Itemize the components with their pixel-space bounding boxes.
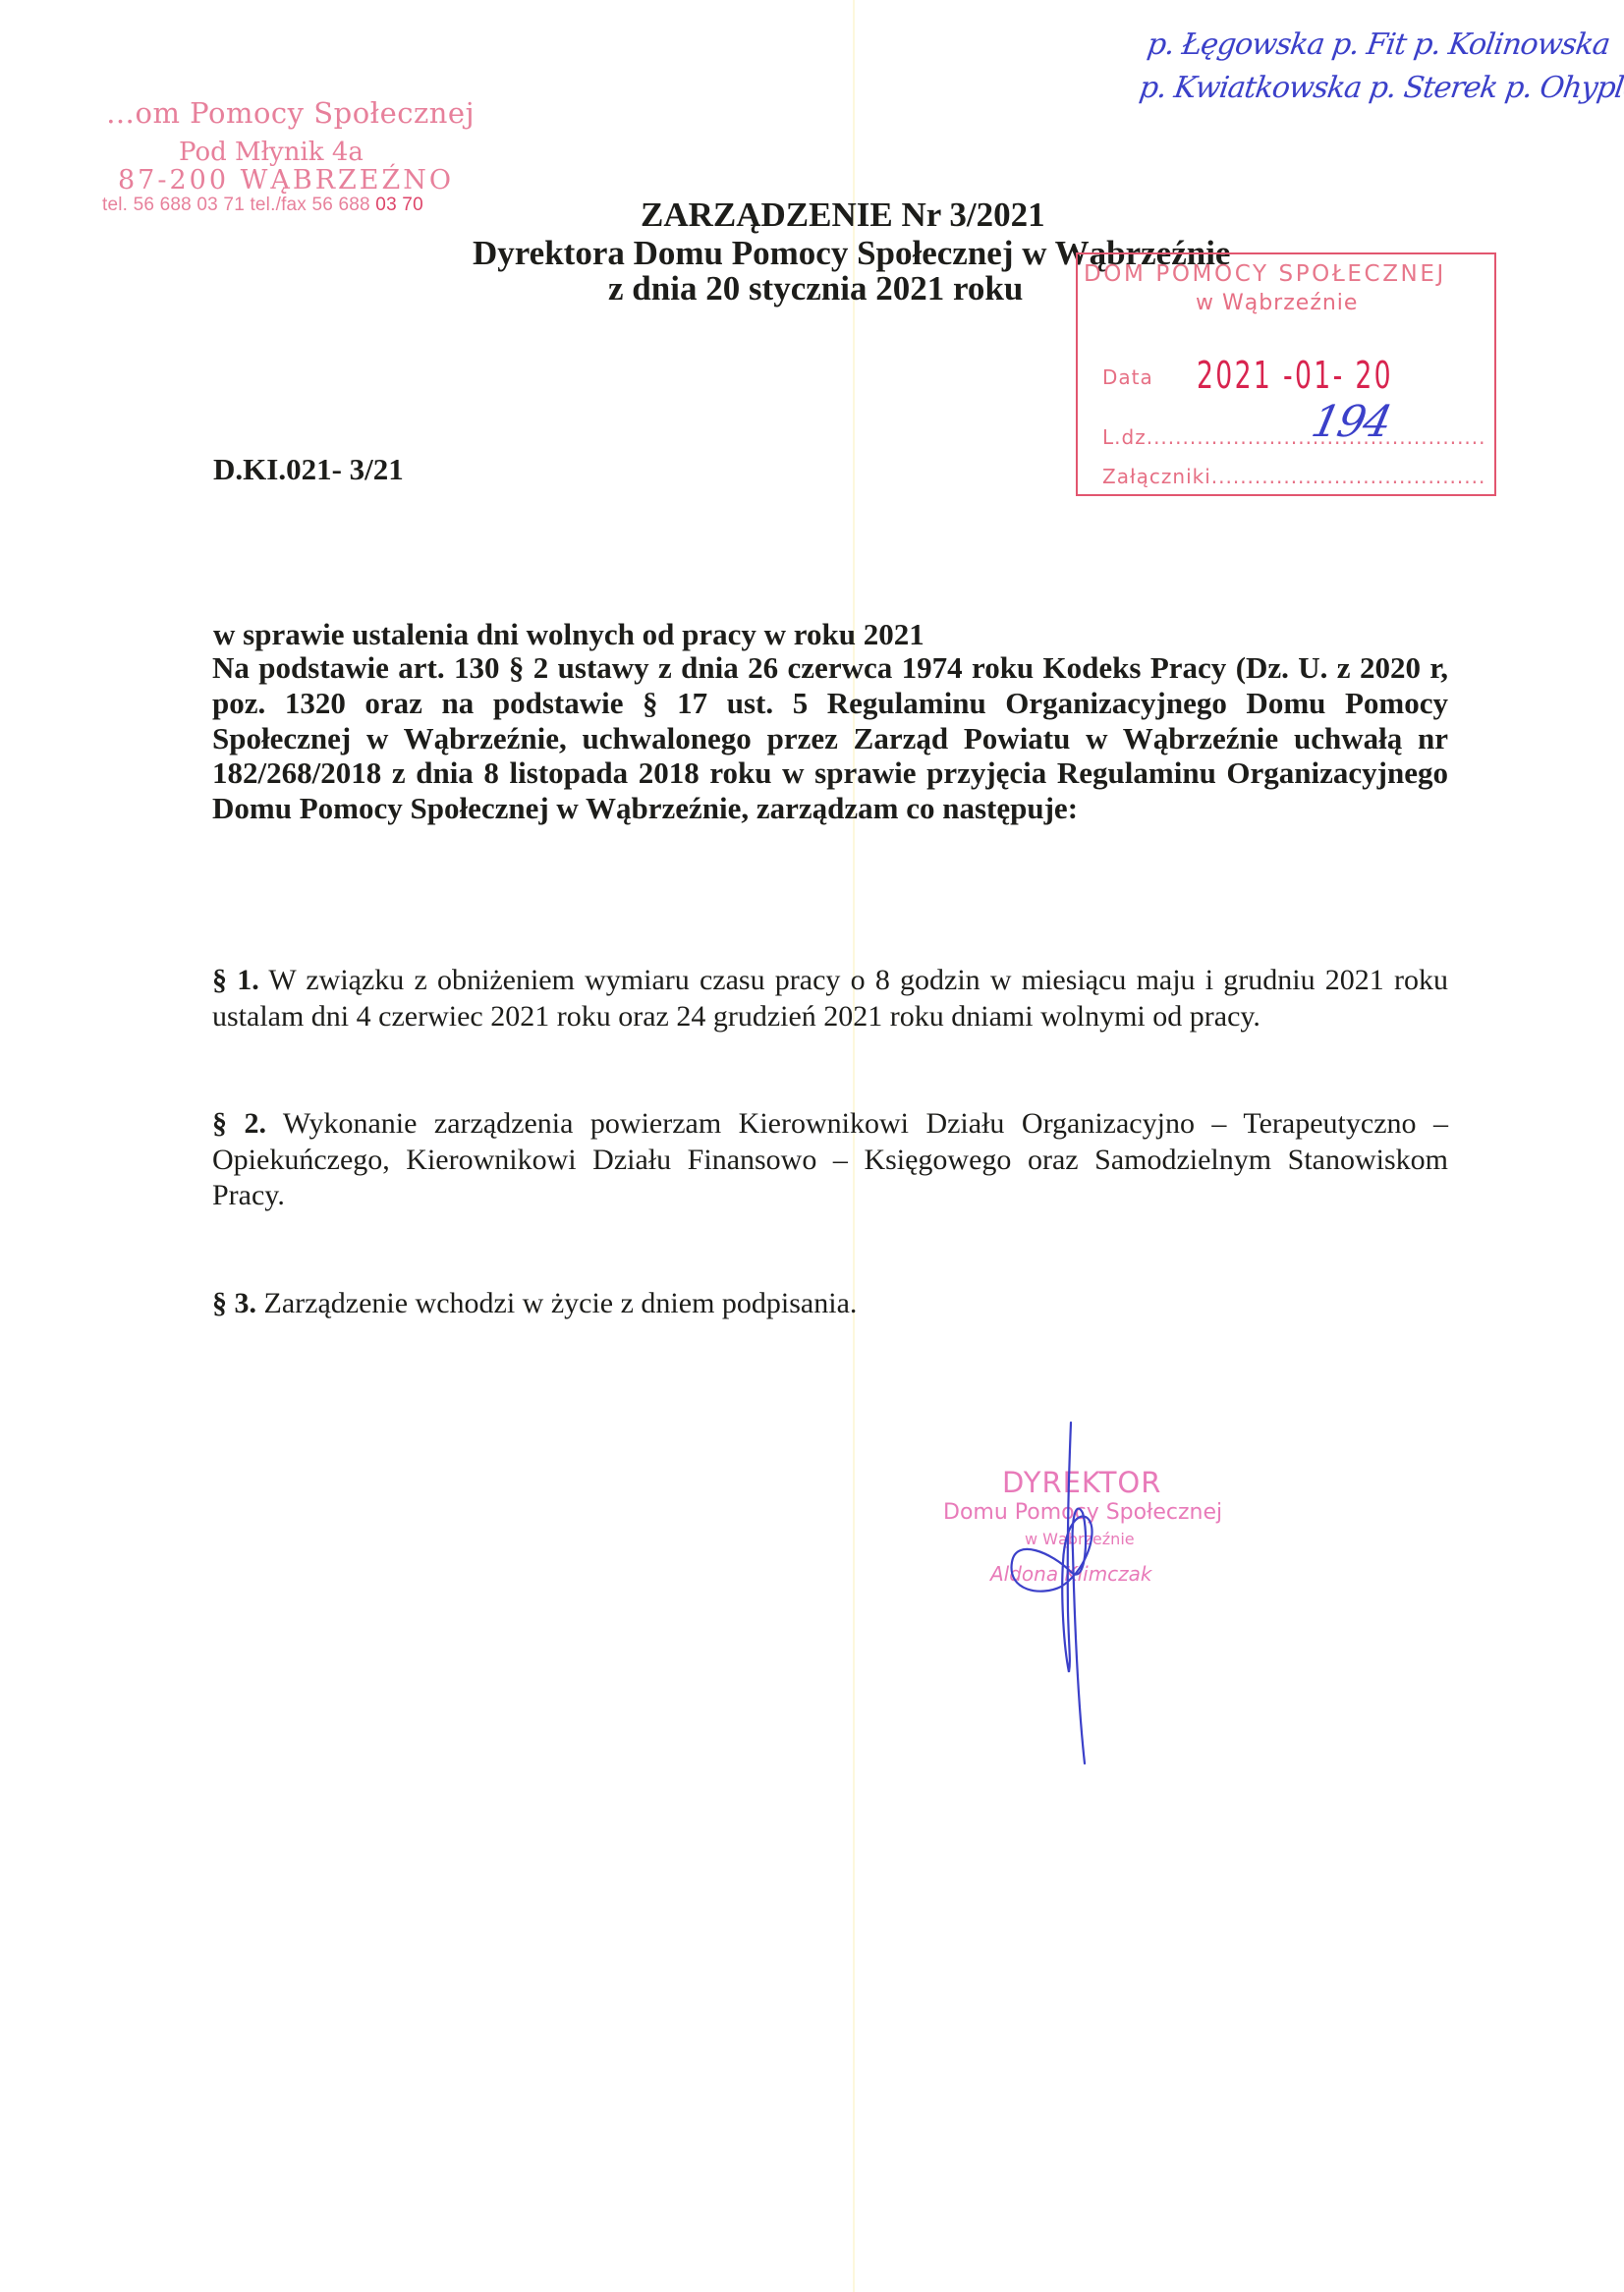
registration-stamp-institution: DOM POMOCY SPOŁECZNEJ: [1084, 261, 1446, 287]
address-stamp-phone: tel. 56 688 03 71 tel./fax 56 688 03 70: [102, 195, 423, 216]
address-stamp-street: Pod Młynik 4a: [179, 138, 364, 167]
registration-stamp-location: w Wąbrzeźnie: [1196, 291, 1358, 315]
legal-basis-paragraph: Na podstawie art. 130 § 2 ustawy z dnia …: [212, 650, 1448, 826]
section-2-number: § 2.: [212, 1107, 266, 1140]
scanned-document-page: …om Pomocy Społecznej Pod Młynik 4a 87-2…: [0, 0, 1624, 2292]
title-date: z dnia 20 stycznia 2021 roku: [608, 269, 1023, 308]
section-1-text: W związku z obniżeniem wymiaru czasu pra…: [212, 964, 1448, 1033]
handwritten-line-1: p. Łęgowska p. Fit p. Kolinowska: [1146, 28, 1612, 62]
section-2: § 2. Wykonanie zarządzenia powierzam Kie…: [212, 1106, 1448, 1214]
handwritten-line-2: p. Kwiatkowska p. Sterek p. Ohyple: [1138, 71, 1624, 105]
registration-stamp-attachments: Załączniki..............................…: [1102, 465, 1485, 488]
document-subject: w sprawie ustalenia dni wolnych od pracy…: [213, 617, 924, 652]
address-stamp-city: 87-200 WĄBRZEŹNO: [118, 165, 454, 196]
registration-number-handwritten: 194: [1308, 397, 1395, 447]
handwritten-signature-icon: [1002, 1415, 1159, 1768]
registration-stamp-ldz: L.dz....................................…: [1102, 425, 1485, 449]
registration-stamp-ldz-label: L.dz.: [1102, 425, 1153, 449]
reference-number: D.KI.021- 3/21: [213, 452, 404, 487]
registration-stamp-attachments-dots: ........................................…: [1211, 465, 1485, 488]
address-stamp-phone-faint: tel. 56 688 03 71 tel./fax 56 688: [102, 195, 375, 215]
registration-stamp-date-value: 2021 -01- 20: [1197, 354, 1393, 397]
section-2-text: Wykonanie zarządzenia powierzam Kierowni…: [212, 1107, 1448, 1211]
section-3-text: Zarządzenie wchodzi w życie z dniem podp…: [256, 1287, 857, 1319]
section-3-number: § 3.: [212, 1287, 256, 1319]
section-3: § 3. Zarządzenie wchodzi w życie z dniem…: [212, 1286, 1448, 1322]
address-stamp-institution: …om Pomocy Społecznej: [106, 96, 475, 130]
title-ordinance-number: ZARZĄDZENIE Nr 3/2021: [641, 196, 1045, 235]
registration-stamp-attachments-label: Załączniki: [1102, 465, 1211, 488]
section-1-number: § 1.: [212, 964, 259, 996]
address-stamp-phone-strong: 03 70: [375, 195, 423, 215]
section-1: § 1. W związku z obniżeniem wymiaru czas…: [212, 963, 1448, 1034]
registration-stamp-date-label: Data: [1102, 365, 1153, 389]
